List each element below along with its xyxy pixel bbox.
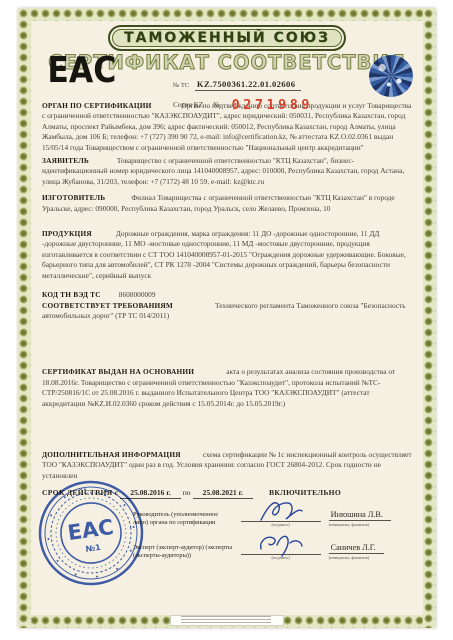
section-value: Дорожные ограждения, марка ограждения: 1…: [42, 229, 406, 280]
signatory-role: Руководитель (уполномоченное лицо) орган…: [133, 511, 233, 527]
series-label: Серия KZ: [173, 101, 203, 109]
section-label: ЗАЯВИТЕЛЬ: [42, 156, 89, 165]
printer-imprint: [170, 615, 284, 626]
round-stamp-icon: EAC №1: [30, 472, 152, 594]
series-serial-number: 0271989: [232, 97, 313, 113]
certificate-number-label: № ТС: [173, 82, 189, 89]
signature-scribble-icon: [258, 498, 304, 524]
section-label: ПРОДУКЦИЯ: [42, 229, 92, 238]
signature-column: (подпись): [241, 534, 321, 560]
section-hs-code: КОД ТН ВЭД ТС8608000009: [42, 290, 412, 300]
name-caption: (инициалы, фамилия): [329, 555, 413, 560]
signature-line: [241, 534, 321, 555]
section-applicant: ЗАЯВИТЕЛЬТоварищество с ограниченной отв…: [42, 156, 412, 187]
signature-row-expert: Эксперт (эксперт-аудитор) (эксперты (экс…: [133, 534, 413, 560]
name-column: Саничев Л.Г. (инициалы, фамилия): [329, 537, 413, 560]
section-products: ПРОДУКЦИЯДорожные ограждения, марка огра…: [42, 229, 412, 281]
signature-scribble-icon: [257, 531, 305, 557]
signature-zone: EAC №1 Руководитель (уполномоченное лицо…: [31, 501, 423, 560]
signature-column: (подпись): [241, 501, 321, 527]
series-line: Серия KZ № 0271989: [173, 97, 313, 113]
name-caption: (инициалы, фамилия): [329, 522, 413, 527]
ornate-border-right: [423, 8, 436, 628]
validity-to-label: по: [183, 488, 191, 497]
certificate-sheet: ТАМОЖЕННЫЙ СОЮЗ СЕРТИФИКАТ СООТВЕТСТВИЯ …: [18, 8, 436, 628]
certificate-number-value: KZ.7500361.22.01.02606: [195, 79, 302, 91]
validity-inclusive: ВКЛЮЧИТЕЛЬНО: [269, 488, 341, 497]
section-value: 8608000009: [119, 290, 156, 299]
signatory-name: Саничев Л.Г.: [329, 543, 384, 554]
section-label: КОД ТН ВЭД ТС: [42, 290, 101, 299]
section-label: СЕРТИФИКАТ ВЫДАН НА ОСНОВАНИИ: [42, 367, 194, 376]
customs-union-text: ТАМОЖЕННЫЙ СОЮЗ: [124, 30, 330, 46]
section-label: ОРГАН ПО СЕРТИФИКАЦИИ: [42, 101, 152, 110]
hologram-sticker-icon: [369, 55, 413, 97]
customs-union-banner: ТАМОЖЕННЫЙ СОЮЗ: [108, 25, 346, 51]
section-manufacturer: ИЗГОТОВИТЕЛЬФилиал Товарищества с ограни…: [42, 193, 412, 214]
sections: ОРГАН ПО СЕРТИФИКАЦИИОрган по подтвержде…: [31, 101, 423, 481]
signature-line: [241, 501, 321, 522]
certificate-number-line: № ТС KZ.7500361.22.01.02606: [173, 79, 301, 89]
signature-row-head: Руководитель (уполномоченное лицо) орган…: [133, 501, 413, 527]
svg-text:EAC: EAC: [66, 515, 115, 545]
certificate-header: ТАМОЖЕННЫЙ СОЮЗ СЕРТИФИКАТ СООТВЕТСТВИЯ …: [31, 21, 423, 101]
section-label: СООТВЕТСТВУЕТ ТРЕБОВАНИЯМ: [42, 301, 173, 310]
section-label: ИЗГОТОВИТЕЛЬ: [42, 193, 105, 202]
ornate-border-top: [18, 8, 436, 21]
eac-mark-icon: EAC: [47, 50, 116, 92]
section-label: ДОПОЛНИТЕЛЬНАЯ ИНФОРМАЦИЯ: [42, 450, 181, 459]
section-issued-on-basis: СЕРТИФИКАТ ВЫДАН НА ОСНОВАНИИакта о резу…: [42, 367, 412, 409]
section-complies-with: СООТВЕТСТВУЕТ ТРЕБОВАНИЯМТехнического ре…: [42, 301, 412, 322]
ornate-border-left: [18, 8, 31, 628]
validity-to-date: 25.08.2021 г.: [193, 488, 254, 499]
svg-text:№1: №1: [85, 543, 102, 554]
section-value: Товарищество с ограниченной ответственно…: [42, 156, 404, 186]
signatory-name: Инюшина Л.В.: [329, 510, 391, 521]
certificate-body: ТАМОЖЕННЫЙ СОЮЗ СЕРТИФИКАТ СООТВЕТСТВИЯ …: [31, 21, 423, 615]
name-column: Инюшина Л.В. (инициалы, фамилия): [329, 504, 413, 527]
series-no-sign: №: [213, 101, 220, 109]
